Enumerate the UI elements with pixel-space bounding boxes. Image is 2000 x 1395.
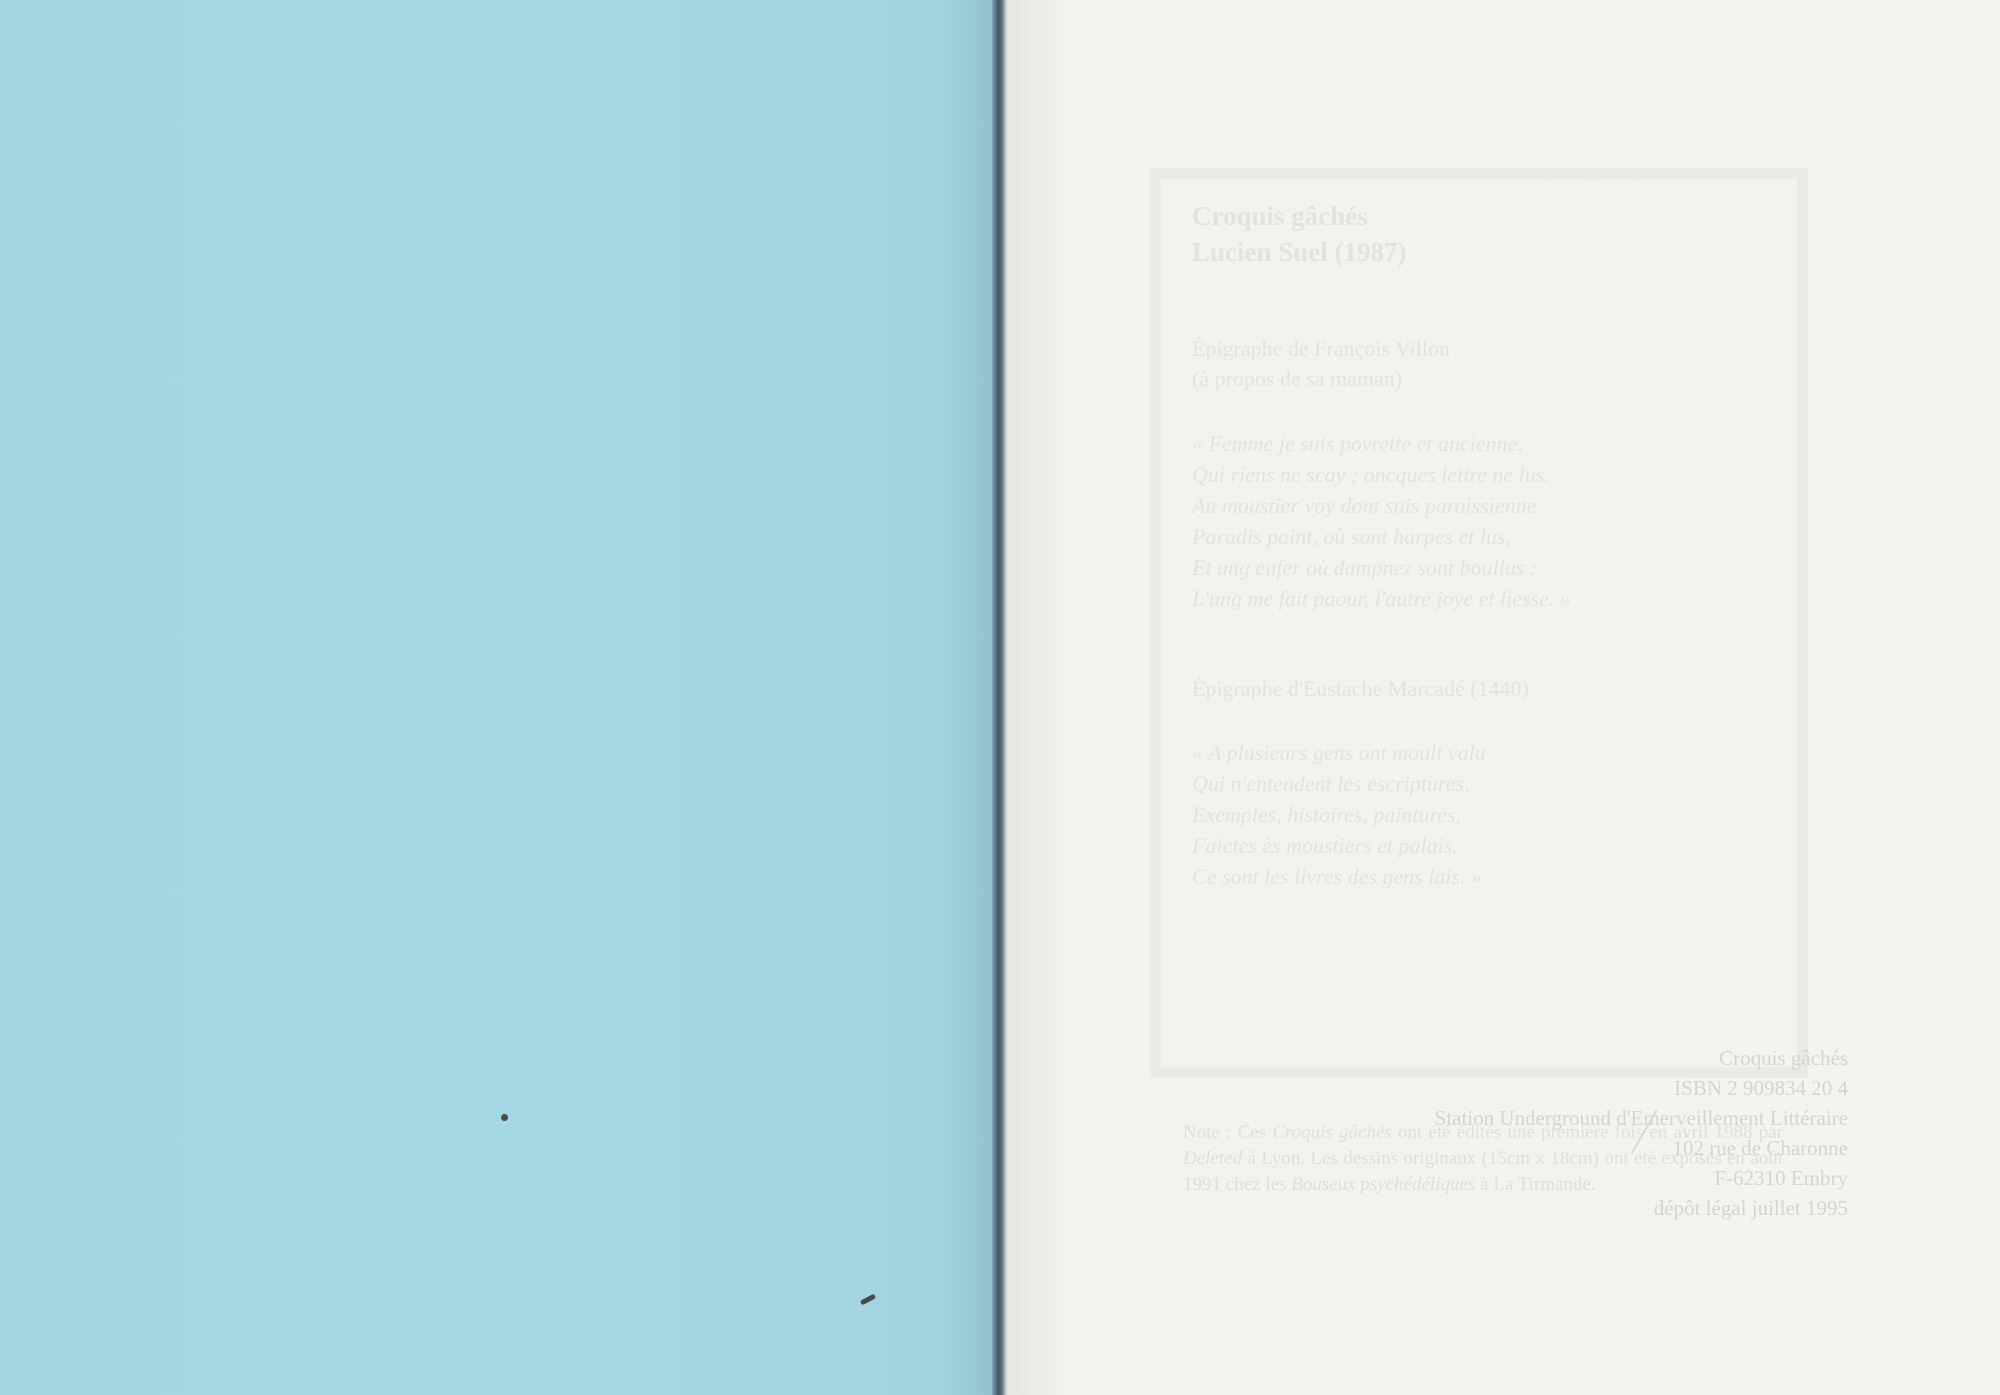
poem-line: Qui riens ne scay ; oncques lettre ne lu… (1192, 459, 1571, 490)
poem-line: Exemples, histoires, paintures, (1192, 799, 1486, 830)
book-spine (992, 0, 1010, 1395)
book-title: Croquis gâchés (1192, 198, 1407, 234)
note-venue: Bouseux psychédéliques (1291, 1174, 1475, 1195)
epigraph-2-title: Épigraphe d'Eustache Marcadé (1440) (1192, 674, 1529, 704)
note-text: Note : Ces (1183, 1122, 1272, 1143)
epigraph-2-heading: Épigraphe d'Eustache Marcadé (1440) (1192, 674, 1529, 704)
epigraph-1-poem: « Femme je suis povrette et ancienne, Qu… (1192, 428, 1571, 614)
poem-line: Au moustier voy dont suis paroissienne (1192, 490, 1571, 521)
poem-line: Ce sont les livres des gens lais. » (1192, 861, 1486, 892)
poem-line: « Femme je suis povrette et ancienne, (1192, 428, 1571, 459)
note-title: Croquis gâchés (1272, 1122, 1392, 1143)
epigraph-2-poem: « A plusieurs gens ont moult valu Qui n'… (1192, 737, 1486, 892)
epigraph-1-heading: Épigraphe de François Villon (à propos d… (1192, 334, 1450, 394)
poem-line: Qui n'entendent les escriptures, (1192, 768, 1486, 799)
epigraph-1-title: Épigraphe de François Villon (1192, 334, 1450, 364)
title-block: Croquis gâchés Lucien Suel (1987) (1192, 198, 1407, 270)
poem-line: Et ung enfer où dampnez sont boullus : (1192, 552, 1571, 583)
left-page-blue-cover (0, 0, 992, 1395)
poem-line: L'ung me fait paour, l'autre joye et lie… (1192, 583, 1571, 614)
epigraph-1-subtitle: (à propos de sa maman) (1192, 364, 1450, 394)
colophon-line: Croquis gâchés (1400, 1043, 1848, 1073)
colophon-line: ISBN 2 909834 20 4 (1400, 1073, 1848, 1103)
note-publisher: Deleted (1183, 1148, 1242, 1169)
poem-line: Paradis paint, où sont harpes et lus, (1192, 521, 1571, 552)
note-text: à La Tirmande. (1475, 1174, 1595, 1195)
show-through-frame (1150, 168, 1808, 1078)
poem-line: « A plusieurs gens ont moult valu (1192, 737, 1486, 768)
poem-line: Faictes ès moustiers et palais. (1192, 830, 1486, 861)
note-text: ont été édités une première fois en avri… (1392, 1122, 1783, 1143)
ink-smudge (860, 1294, 876, 1306)
publication-note: Note : Ces Croquis gâchés ont été édités… (1183, 1120, 1783, 1198)
author-line: Lucien Suel (1987) (1192, 234, 1407, 270)
ink-speck (501, 1114, 508, 1121)
